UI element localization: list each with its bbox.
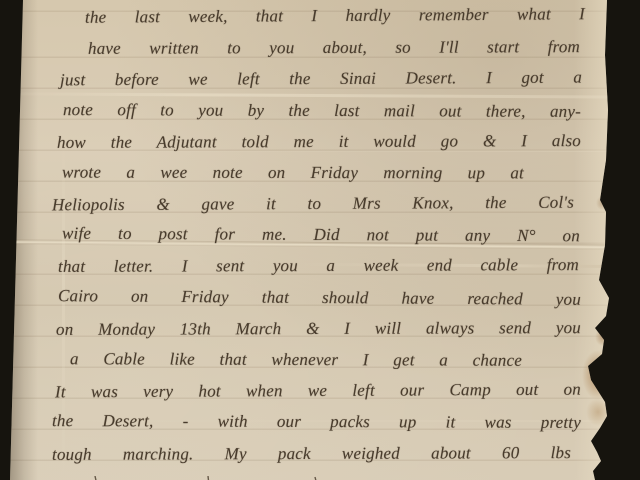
letter-line: that letter. I sent you a week end cable… — [58, 253, 579, 279]
letter-line: how the Adjutant told me it would go & I… — [57, 129, 581, 155]
letter-line: the last week, that I hardly remember wh… — [85, 2, 585, 29]
letter-line: a Cable like that whenever I get a chanc… — [70, 347, 522, 373]
letter-line: Cairo on Friday that should have reached… — [58, 284, 581, 312]
handwritten-letter-text: the last week, that I hardly remember wh… — [0, 0, 640, 480]
letter-paper-sheet: the last week, that I hardly remember wh… — [0, 0, 640, 480]
letter-line: on Monday 13th March & I will always sen… — [56, 316, 581, 342]
letter-line: wrote a wee note on Friday morning up at — [62, 161, 524, 186]
handwriting-stroke-tops — [55, 476, 435, 480]
letter-line: just before we left the Sinai Desert. I … — [60, 66, 582, 93]
letter-line: tough marching. My pack weighed about 60… — [52, 441, 571, 467]
letter-line: have written to you about, so I'll start… — [88, 35, 580, 61]
letter-line: It was very hot when we left our Camp ou… — [55, 378, 581, 405]
letter-line: the Desert, - with our packs up it was p… — [52, 409, 581, 435]
letter-line: Heliopolis & gave it to Mrs Knox, the Co… — [52, 191, 574, 218]
partial-line-cut-off-at-bottom — [55, 472, 435, 480]
letter-line: wife to post for me. Did not put any N° … — [62, 222, 580, 249]
scanner-background: the last week, that I hardly remember wh… — [0, 0, 640, 480]
letter-line: note off to you by the last mail out the… — [63, 98, 581, 124]
